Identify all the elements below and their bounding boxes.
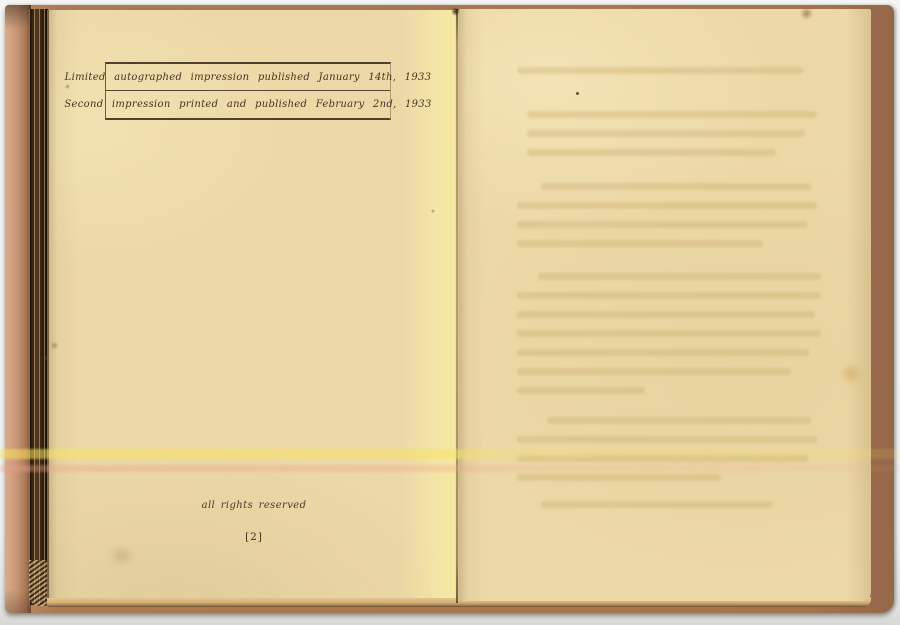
rights-notice: all rights reserved — [49, 500, 459, 511]
ghost-text-paragraph — [517, 183, 817, 259]
stacked-page-edges — [29, 9, 48, 605]
ghost-text-paragraph — [517, 273, 821, 406]
gutter-fold-line — [456, 9, 458, 603]
imprint-line-1: Limited autographed impression published… — [106, 64, 390, 90]
gutter-top-notch — [451, 7, 460, 16]
book-scan: Limited autographed impression published… — [0, 0, 900, 625]
left-page: Limited autographed impression published… — [47, 10, 459, 598]
imprint-line-2: Second impression printed and published … — [106, 90, 390, 117]
ghost-text-line — [541, 501, 773, 520]
imprint-box: Limited autographed impression published… — [105, 62, 391, 120]
book-spine-edge — [5, 5, 31, 613]
ghost-text-paragraph — [527, 111, 817, 168]
ink-speck — [576, 92, 579, 95]
ghost-text-heading — [517, 67, 815, 86]
right-page — [459, 9, 871, 601]
page-number-folio: [2] — [49, 531, 459, 543]
ghost-text-paragraph — [517, 417, 817, 493]
